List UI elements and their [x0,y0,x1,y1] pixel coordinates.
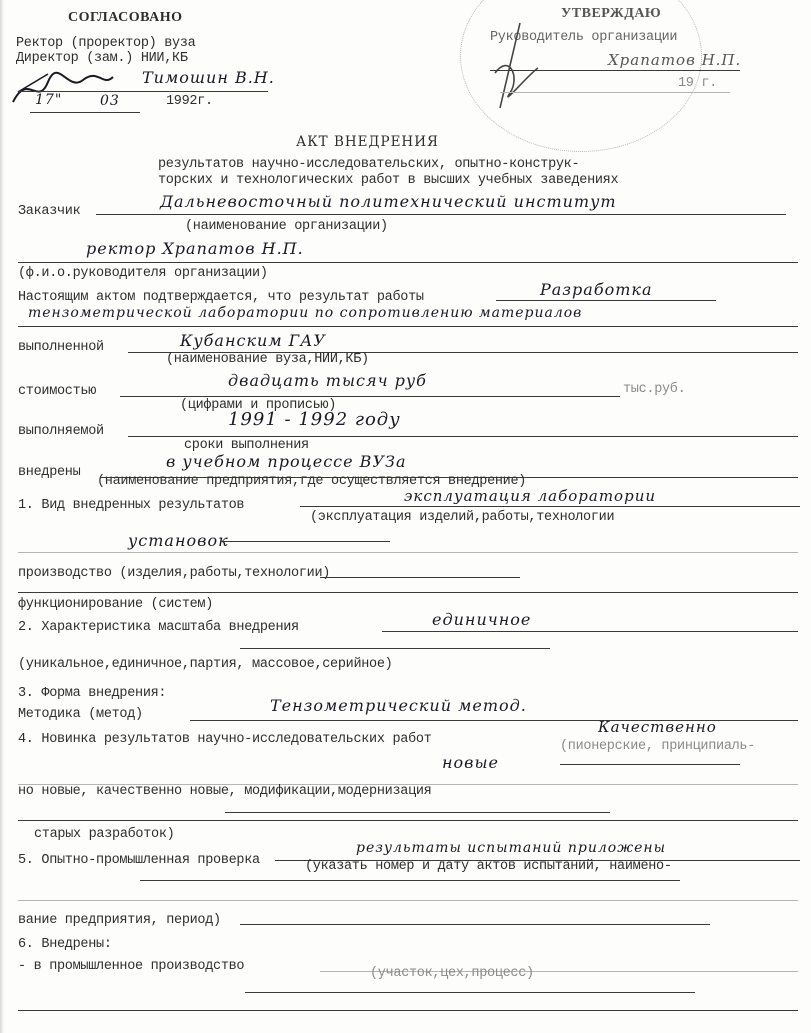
section-2-line [382,631,798,632]
confirm-date-year: 19 г. [678,76,717,91]
section-5-line-3 [18,900,798,901]
cost-line [120,396,620,397]
head-value[interactable]: ректор Храпатов Н.П. [86,239,304,258]
customer-label: Заказчик [18,204,80,219]
confirm-heading: УТВЕРЖДАЮ [561,6,661,22]
approved-signature-name: Тимошин В.Н. [142,68,275,87]
confirm-signature-line [490,70,740,71]
section-6-hint: (участок,цех,процесс) [370,966,534,981]
executed-hint: сроки выполнения [184,438,309,453]
section-3-label: 3. Форма внедрения: [18,686,166,701]
cost-label: стоимостью [18,384,96,399]
section-5-value[interactable]: результаты испытаний приложены [356,840,666,856]
section-1-line-4 [320,577,520,578]
section-1-line-2 [220,541,390,542]
section-4-value-2[interactable]: новые [442,753,499,772]
cost-value[interactable]: двадцать тысяч руб [228,371,427,390]
confirm-signature [480,18,560,113]
approved-date-month: 03 [100,93,120,109]
approved-date-line [30,112,140,113]
section-4-hint-1: (пионерские, принципиаль- [560,739,755,754]
approved-heading: СОГЛАСОВАНО [68,10,183,26]
confirm-text: Настоящим актом подтверждается, что резу… [18,290,424,305]
subtitle-line-1: результатов научно-исследовательских, оп… [158,157,579,172]
section-5-hint-2: вание предприятия, период) [18,913,221,928]
confirm-date-line [500,92,730,93]
approved-date-day: 17" [35,92,62,108]
implemented-label: внедрены [18,465,80,480]
document-title: АКТ ВНЕДРЕНИЯ [296,134,439,150]
section-4-line-3 [225,812,610,813]
section-4-line [560,764,740,765]
customer-hint: (наименование организации) [185,219,388,234]
section-3-method-label: Методика (метод) [18,707,143,722]
section-1-production: производство (изделия,работы,технологии) [18,566,330,581]
implemented-value[interactable]: в учебном процессе ВУЗа [166,452,407,471]
section-6-line-2 [245,992,695,993]
section-5-hint-1: (указать номер и дату актов испытаний, н… [305,859,672,874]
cost-unit: тыс.руб. [623,382,685,397]
section-1-value-2[interactable]: установок [128,531,229,550]
section-1-value[interactable]: эксплуатация лаборатории [404,487,656,505]
customer-line [96,214,786,215]
section-1-functioning: функционирование (систем) [18,597,213,612]
section-1-label: 1. Вид внедренных результатов [18,498,244,513]
section-3-method-value[interactable]: Тензометрический метод. [270,696,527,715]
approved-line-1: Ректор (проректор) вуза [16,36,195,51]
confirm-line-1 [496,300,716,301]
subtitle-line-2: торских и технологических работ в высших… [158,173,618,188]
section-6-label: 6. Внедрены: [18,937,112,952]
confirm-line-2 [18,326,798,327]
scan-edge-shadow [0,0,4,1033]
section-5-line-4 [240,924,710,925]
document-page: СОГЛАСОВАНО Ректор (проректор) вуза Дире… [0,0,811,1033]
section-6-line-3 [18,1010,798,1011]
section-5-label: 5. Опытно-промышленная проверка [18,853,260,868]
section-4-line-4 [18,820,798,821]
performed-hint: (наименование вуза,НИИ,КБ) [166,352,369,367]
section-1-line-3 [18,552,798,553]
customer-value[interactable]: Дальневосточный политехнический институт [160,192,617,211]
head-line [18,262,798,263]
section-6-item: - в промышленное производство [18,959,244,974]
section-2-label: 2. Характеристика масштаба внедрения [18,620,299,635]
executed-line [128,436,798,437]
head-hint: (ф.и.о.руководителя организации) [18,266,268,281]
section-4-hint-3: старых разработок) [34,827,174,842]
confirm-signature-name: Храпатов Н.П. [608,51,741,69]
section-2-value[interactable]: единичное [432,610,531,629]
section-5-line-2 [140,880,680,881]
section-2-hint: (уникальное,единичное,партия, массовое,с… [18,657,392,672]
performed-label: выполненной [18,340,104,355]
section-1-line-5 [18,592,798,593]
executed-value[interactable]: 1991 - 1992 году [228,409,401,430]
section-1-line [300,506,800,507]
section-2-line-2 [240,648,550,649]
section-4-label: 4. Новинка результатов научно-исследоват… [18,732,431,747]
section-4-hint-2: но новые, качественно новые, модификации… [18,784,431,799]
section-1-hint: (эксплуатация изделий,работы,технологии [310,510,614,525]
executed-label: выполняемой [18,424,104,439]
section-4-value-1[interactable]: Качественно [598,718,717,736]
confirm-value-2[interactable]: тензометрической лаборатории по сопротив… [28,305,582,321]
performed-value[interactable]: Кубанским ГАУ [180,331,326,350]
confirm-value-1[interactable]: Разработка [540,280,652,299]
approved-date-year: 1992г. [166,94,213,109]
